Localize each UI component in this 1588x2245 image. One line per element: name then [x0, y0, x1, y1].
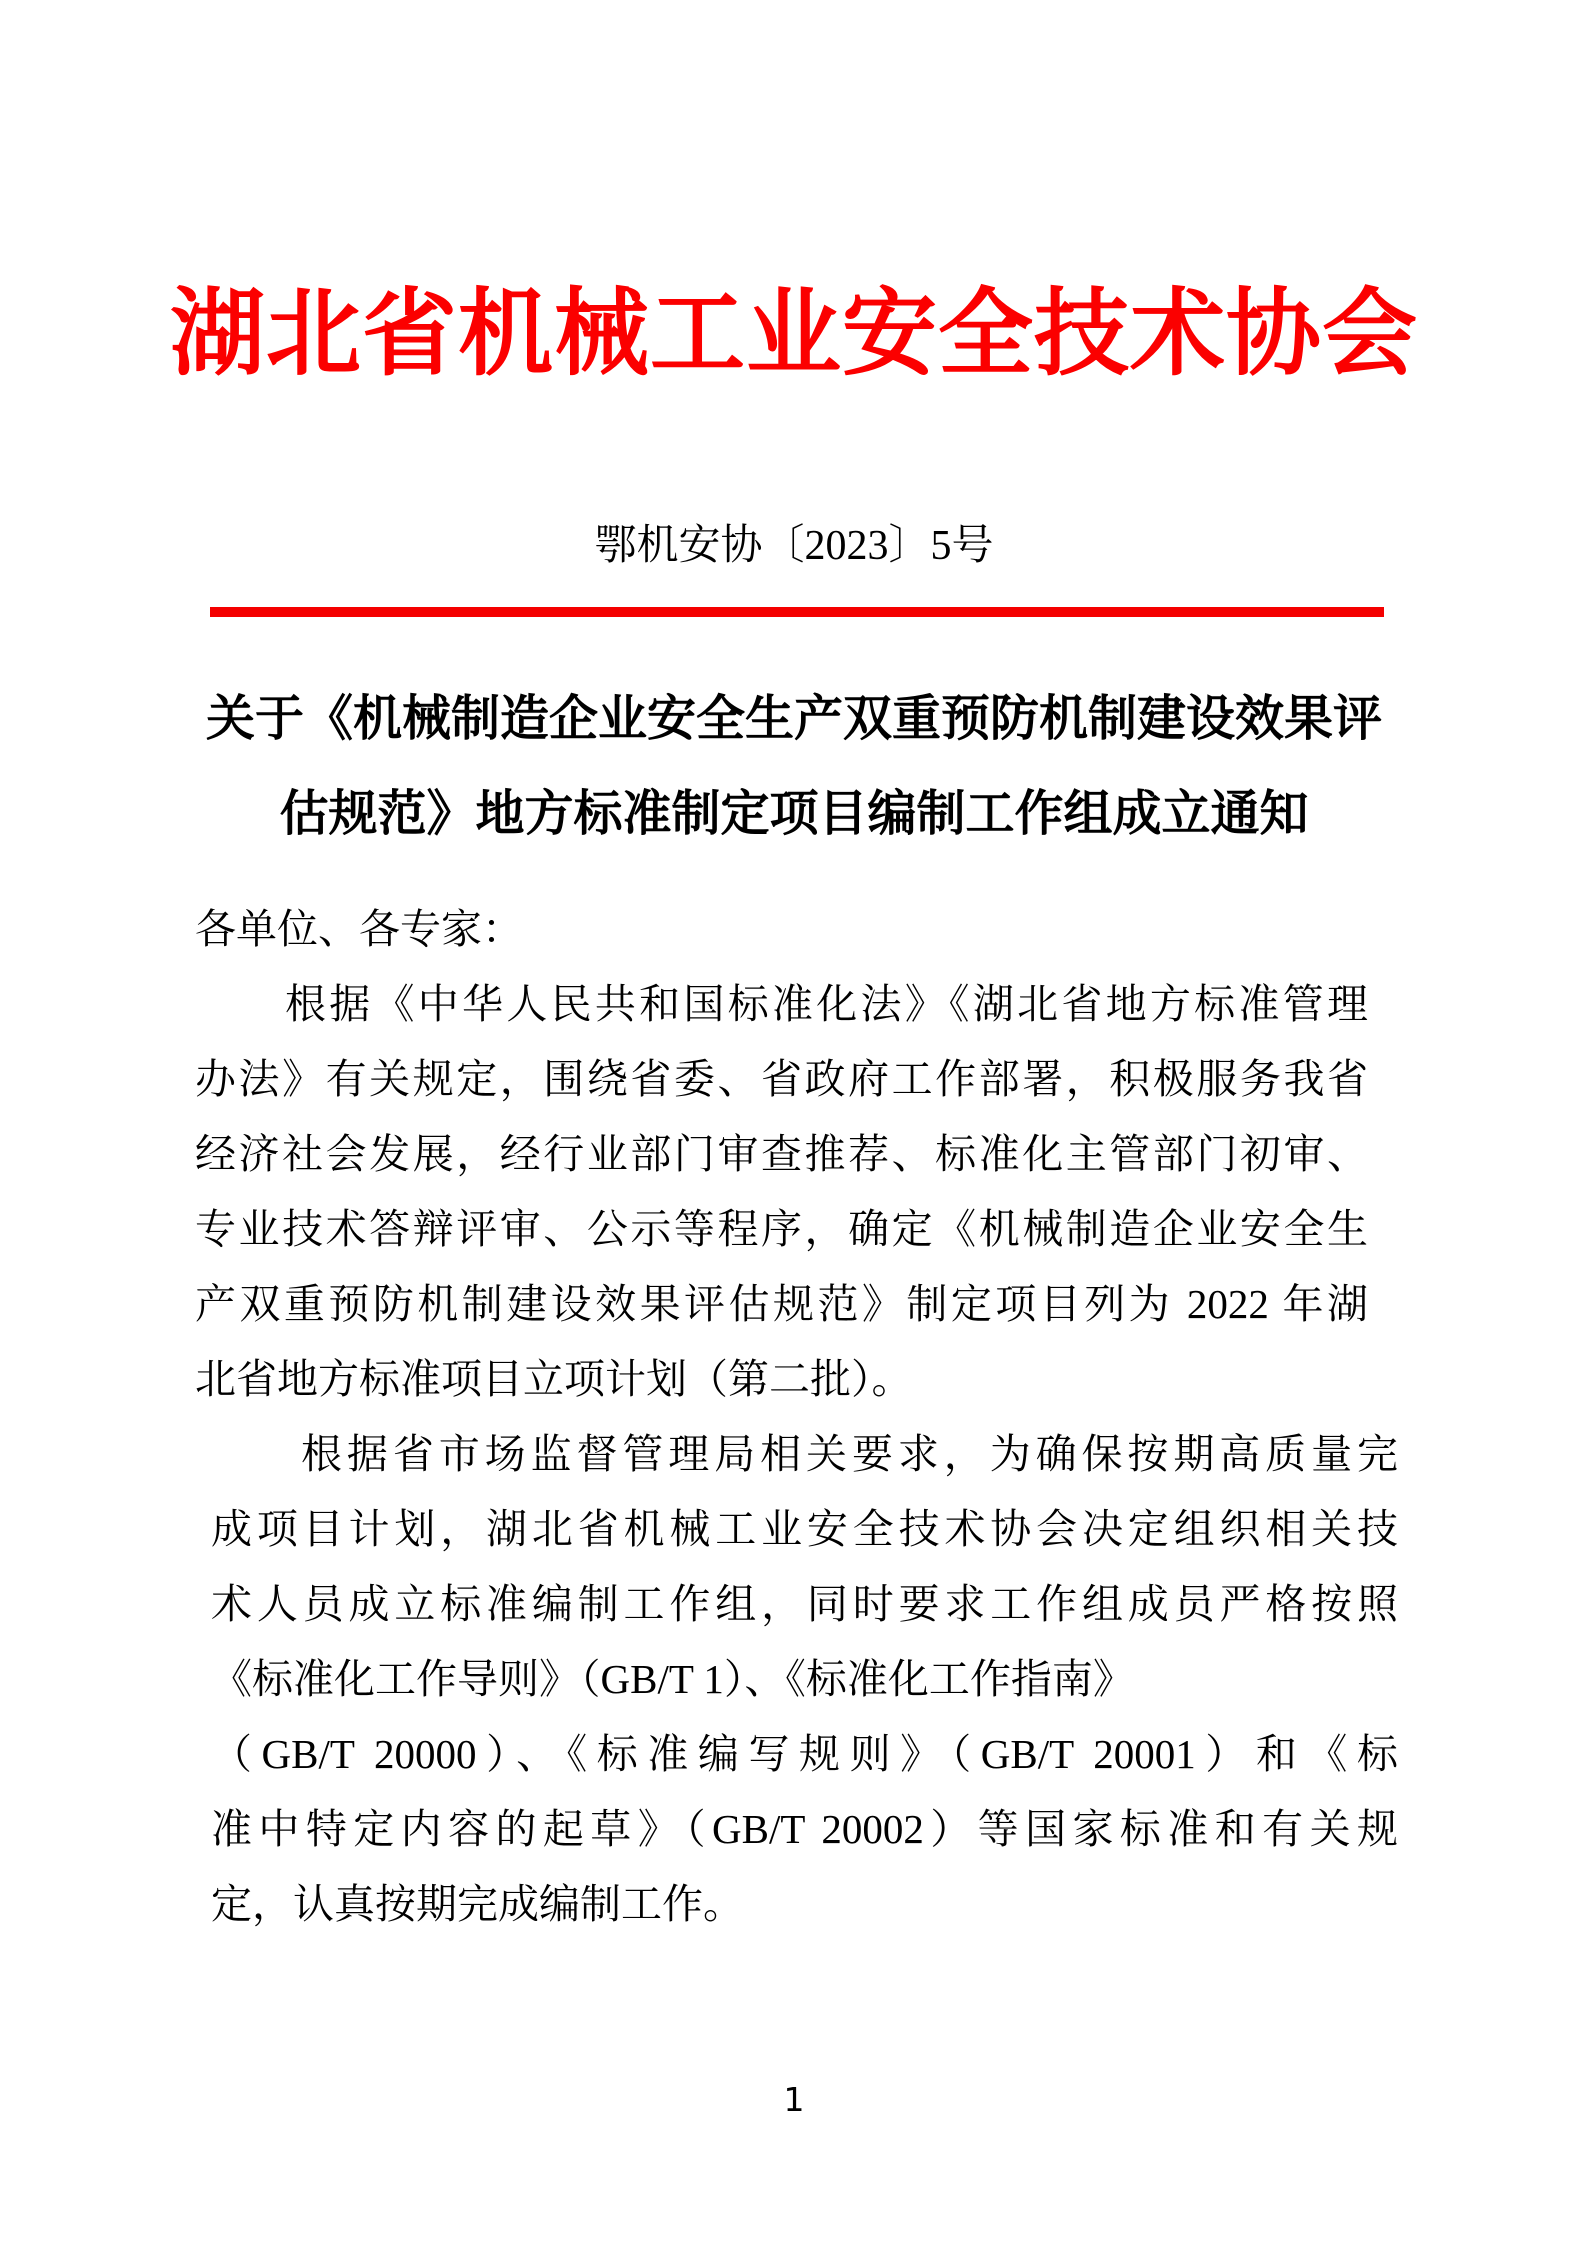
document-page: 湖北省机械工业安全技术协会 鄂机安协〔2023〕5号 关于《机械制造企业安全生产… [0, 0, 1588, 2245]
red-divider-rule [210, 607, 1384, 617]
body-line: 北省地方标准项目立项计划（第二批）。 [195, 1342, 1368, 1417]
body-paragraph-1: 根据《中华人民共和国标准化法》《湖北省地方标准管理 办法》有关规定，围绕省委、省… [195, 967, 1368, 1417]
page-number: 1 [0, 2082, 1588, 2118]
salutation-paragraph: 各单位、各专家： [195, 892, 1368, 967]
body-line: 《标准化工作导则》（GB/T 1）、《标准化工作指南》 [211, 1642, 1398, 1717]
body-line: 准中特定内容的起草》（GB/T 20002）等国家标准和有关规 [211, 1792, 1398, 1867]
salutation: 各单位、各专家： [195, 892, 1368, 967]
body-line: 专业技术答辩评审、公示等程序，确定《机械制造企业安全生 [195, 1192, 1368, 1267]
body-line: 术人员成立标准编制工作组，同时要求工作组成员严格按照 [211, 1567, 1398, 1642]
body-line: （GB/T 20000）、《标准编写规则》（GB/T 20001）和《标 [211, 1717, 1398, 1792]
notice-title-line-2: 估规范》地方标准制定项目编制工作组成立通知 [0, 767, 1588, 862]
notice-title: 关于《机械制造企业安全生产双重预防机制建设效果评 估规范》地方标准制定项目编制工… [0, 672, 1588, 862]
body-line: 根据《中华人民共和国标准化法》《湖北省地方标准管理 [195, 967, 1368, 1042]
notice-title-line-1: 关于《机械制造企业安全生产双重预防机制建设效果评 [0, 672, 1588, 767]
body-paragraph-2: 根据省市场监督管理局相关要求，为确保按期高质量完 成项目计划，湖北省机械工业安全… [211, 1417, 1398, 1942]
org-masthead-title: 湖北省机械工业安全技术协会 [0, 278, 1588, 390]
body-line: 产双重预防机制建设效果评估规范》制定项目列为 2022 年湖 [195, 1267, 1368, 1342]
body-line: 定，认真按期完成编制工作。 [211, 1867, 1398, 1942]
body-line: 经济社会发展，经行业部门审查推荐、标准化主管部门初审、 [195, 1117, 1368, 1192]
notice-body: 各单位、各专家： 根据《中华人民共和国标准化法》《湖北省地方标准管理 办法》有关… [195, 892, 1368, 1942]
body-line: 成项目计划，湖北省机械工业安全技术协会决定组织相关技 [211, 1492, 1398, 1567]
doc-reference-number: 鄂机安协〔2023〕5号 [0, 520, 1588, 572]
body-line: 根据省市场监督管理局相关要求，为确保按期高质量完 [211, 1417, 1398, 1492]
body-line: 办法》有关规定，围绕省委、省政府工作部署，积极服务我省 [195, 1042, 1368, 1117]
